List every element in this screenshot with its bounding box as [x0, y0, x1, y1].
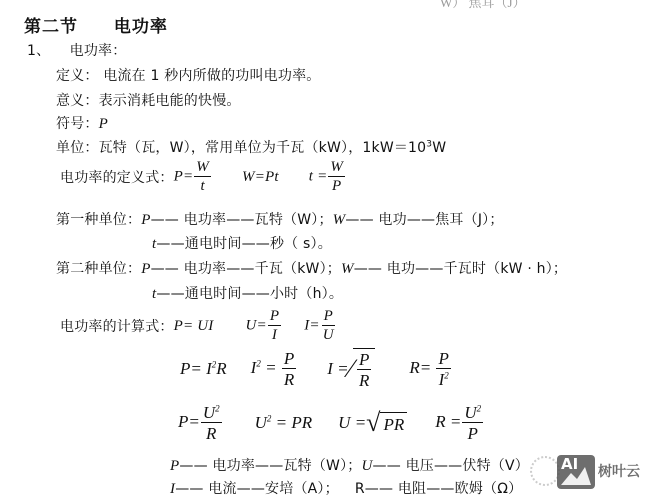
radicand: PR [380, 412, 407, 435]
legend-line-1: P—— 电功率——瓦特（W）；U—— 电压——伏特（V） [170, 455, 529, 475]
t-description: ——通电时间——小时（h）。 [156, 286, 343, 302]
unit-tail: W [432, 140, 446, 156]
definition-formula-label: 电功率的定义式： [60, 167, 174, 187]
fraction-denominator: P [330, 177, 343, 194]
derived-formulas-row-1: P= I2R I2 = PR I =⁄PR R= PI2 [180, 348, 452, 389]
formula-lhs: I = [327, 359, 348, 379]
definition-label: 定义： [56, 68, 99, 84]
formula-lhs: P= [174, 168, 194, 184]
derived-formulas-row-2: P=U2R U2 = PR U =√PR R =U2P [178, 404, 484, 442]
var-p: P [141, 212, 150, 228]
watermark-text: 树叶云 [598, 461, 640, 481]
symbol-label: 符号： [56, 116, 99, 132]
formula-lhs: R = [435, 412, 461, 431]
item-heading: 1、 电功率： [27, 40, 126, 60]
meaning-label: 意义： [56, 93, 99, 109]
legend-line-2: I—— 电流——安培（A）；R—— 电阻——欧姆（Ω） [170, 478, 522, 498]
formula-lhs: U = [338, 413, 366, 433]
formula-p-eq-ui: P= UI [174, 318, 214, 335]
p-description: —— 电功率——瓦特（W）； [179, 458, 361, 474]
definition-formula-row: 电功率的定义式： P=Wt W=Pt t =WP [60, 160, 346, 194]
fraction-denominator: R [357, 370, 371, 389]
formula-lhs: I= [304, 317, 320, 333]
formula-part: U [203, 403, 215, 422]
formula-u-eq-p-over-i: U=PI [245, 309, 282, 343]
i-description: —— 电流——安培（A）； [175, 481, 339, 497]
exponent: 2 [477, 403, 482, 413]
exponent: 2 [444, 370, 449, 380]
radical-sign-icon: √ [366, 408, 380, 438]
fraction-numerator: P [436, 350, 450, 369]
calc-formula-label: 电功率的计算式： [60, 316, 174, 336]
watermark-logo-icon: AI [557, 455, 595, 489]
unit-set-2-line-1: 第二种单位：P—— 电功率——千瓦（kW）；W—— 电功——千瓦时（kW · h… [56, 258, 567, 278]
formula-lhs: t = [309, 168, 328, 184]
unit-set-2-line-2: t——通电时间——小时（h）。 [152, 283, 343, 303]
formula-part: P= I [180, 359, 212, 378]
formula-p-eq-w-over-t: P=Wt [174, 160, 212, 194]
fraction-numerator: U2 [462, 404, 483, 423]
meaning-line: 意义：表示消耗电能的快慢。 [56, 90, 241, 110]
t-description: ——通电时间——秒（ s）。 [156, 236, 332, 252]
formula-part: U [464, 403, 476, 422]
fraction-numerator: U2 [201, 404, 222, 423]
fraction-numerator: P [282, 350, 296, 369]
r-description: R—— 电阻——欧姆（Ω） [355, 481, 522, 497]
unit-set-2-label: 第二种单位： [56, 261, 141, 277]
fraction-denominator: t [198, 177, 206, 194]
formula-u2-eq-pr: U2 = PR [255, 413, 313, 433]
var-w: W [341, 261, 354, 277]
formula-p-eq-u2-over-r: P=U2R [178, 404, 223, 442]
formula-part: U [255, 413, 267, 432]
fraction-numerator: W [328, 160, 345, 177]
fraction-denominator: P [466, 423, 480, 442]
var-p: P [141, 261, 150, 277]
w-description: —— 电功——千瓦时（kW · h）； [354, 261, 567, 277]
formula-i-eq-p-over-u: I=PU [304, 309, 337, 343]
fraction-denominator: U [321, 326, 336, 343]
w-description: —— 电功——焦耳（J）； [345, 212, 503, 228]
formula-i-eq-sqrt-p-over-r: I =⁄PR [327, 348, 375, 389]
fraction-numerator: P [322, 309, 335, 326]
formula-w-eq-pt: W=Pt [242, 169, 279, 186]
formula-part: = PR [271, 413, 312, 432]
p-description: —— 电功率——瓦特（W）； [151, 212, 333, 228]
formula-part: R [216, 359, 226, 378]
formula-lhs: P= [178, 412, 200, 431]
u-description: —— 电压——伏特（V） [373, 458, 529, 474]
unit-set-1-line-1: 第一种单位：P—— 电功率——瓦特（W）；W—— 电功——焦耳（J）； [56, 209, 504, 229]
formula-r-eq-u2-over-p: R =U2P [435, 404, 484, 442]
exponent: 2 [215, 403, 220, 413]
unit-label: 单位： [56, 140, 99, 156]
cropped-header-fragment: W） 焦耳（J） [440, 0, 526, 11]
var-w: W [333, 212, 346, 228]
fraction-numerator: P [268, 309, 281, 326]
fraction-denominator: I2 [437, 369, 451, 388]
fraction-numerator: P [357, 351, 371, 370]
formula-r-eq-p-over-i2: R= PI2 [409, 350, 452, 388]
unit-line: 单位：瓦特（瓦，W），常用单位为千瓦（kW），1kW＝103W [56, 137, 446, 157]
calc-formula-row: 电功率的计算式： P= UI U=PI I=PU [60, 309, 337, 343]
section-name: 电功率 [114, 17, 168, 37]
formula-i2-eq-p-over-r: I2 = PR [251, 350, 298, 388]
item-index: 1、 [27, 43, 50, 59]
symbol-line: 符号：P [56, 113, 108, 133]
formula-lhs: U= [245, 317, 266, 333]
definition-line: 定义： 电流在 1 秒内所做的功叫电功率。 [56, 65, 320, 85]
section-number: 第二节 [24, 17, 78, 37]
fraction-denominator: I [270, 326, 279, 343]
fraction-numerator: W [194, 160, 211, 177]
p-description: —— 电功率——千瓦（kW）； [151, 261, 341, 277]
section-title: 第二节 电功率 [24, 12, 168, 37]
formula-part: = [261, 357, 281, 376]
unit-set-1-line-2: t——通电时间——秒（ s）。 [152, 233, 332, 253]
unit-set-1-label: 第一种单位： [56, 212, 141, 228]
fraction-denominator: R [204, 423, 218, 442]
item-label: 电功率： [70, 43, 127, 59]
symbol-value: P [99, 116, 108, 132]
var-u: U [361, 458, 372, 474]
formula-p-eq-i2r: P= I2R [180, 359, 227, 379]
mountain-icon [557, 455, 595, 489]
formula-t-eq-w-over-p: t =WP [309, 160, 346, 194]
var-p: P [170, 458, 179, 474]
unit-text: 瓦特（瓦，W），常用单位为千瓦（kW），1kW＝10 [99, 140, 427, 156]
definition-text: 电流在 1 秒内所做的功叫电功率。 [103, 68, 320, 84]
meaning-text: 表示消耗电能的快慢。 [99, 93, 241, 109]
formula-u-eq-sqrt-pr: U =√PR [338, 408, 407, 438]
watermark-flower-icon [530, 456, 560, 486]
fraction-denominator: R [282, 369, 296, 388]
formula-lhs: R= [409, 357, 435, 376]
